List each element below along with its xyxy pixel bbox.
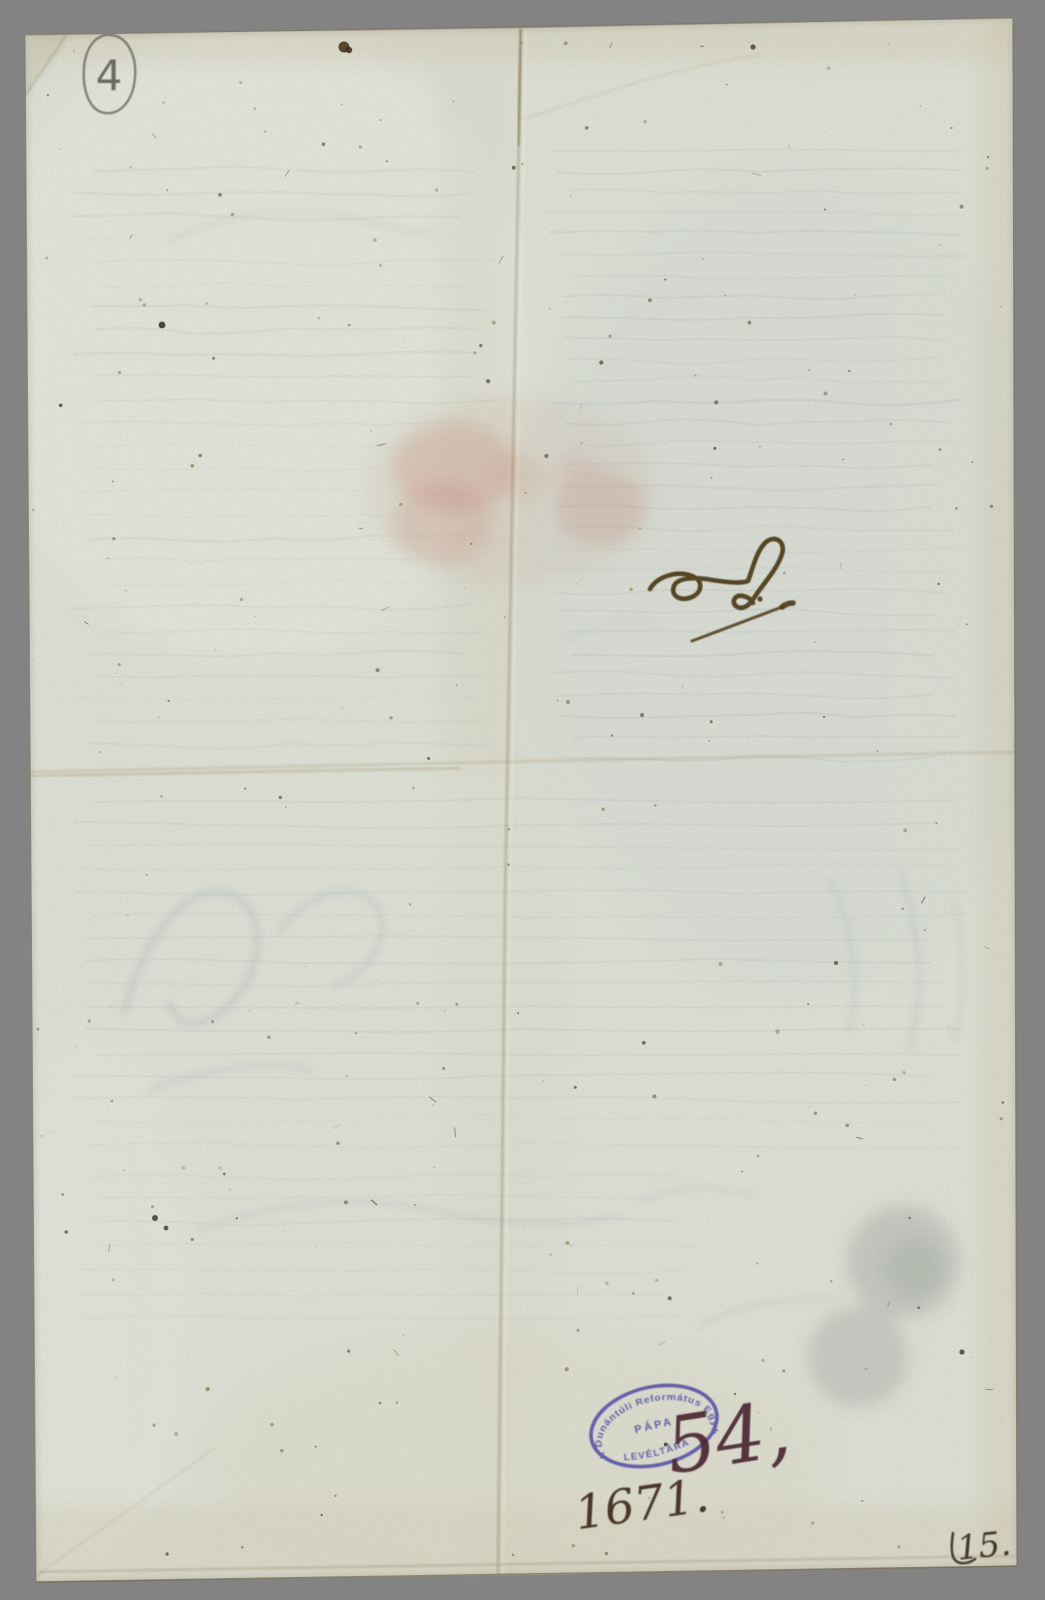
corner-folio: 15.	[952, 1523, 1013, 1568]
corner-folio-number: 15.	[955, 1523, 1013, 1568]
scan-canvas: 4 A Dunántúli Református Egyházkerület P…	[0, 0, 1045, 1600]
pencil-folio-number: 4	[96, 51, 123, 100]
gray-smudge-lower	[808, 1307, 908, 1407]
paper-sheet: 4 A Dunántúli Református Egyházkerület P…	[0, 16, 1045, 1600]
red-seal-stain	[365, 395, 655, 585]
